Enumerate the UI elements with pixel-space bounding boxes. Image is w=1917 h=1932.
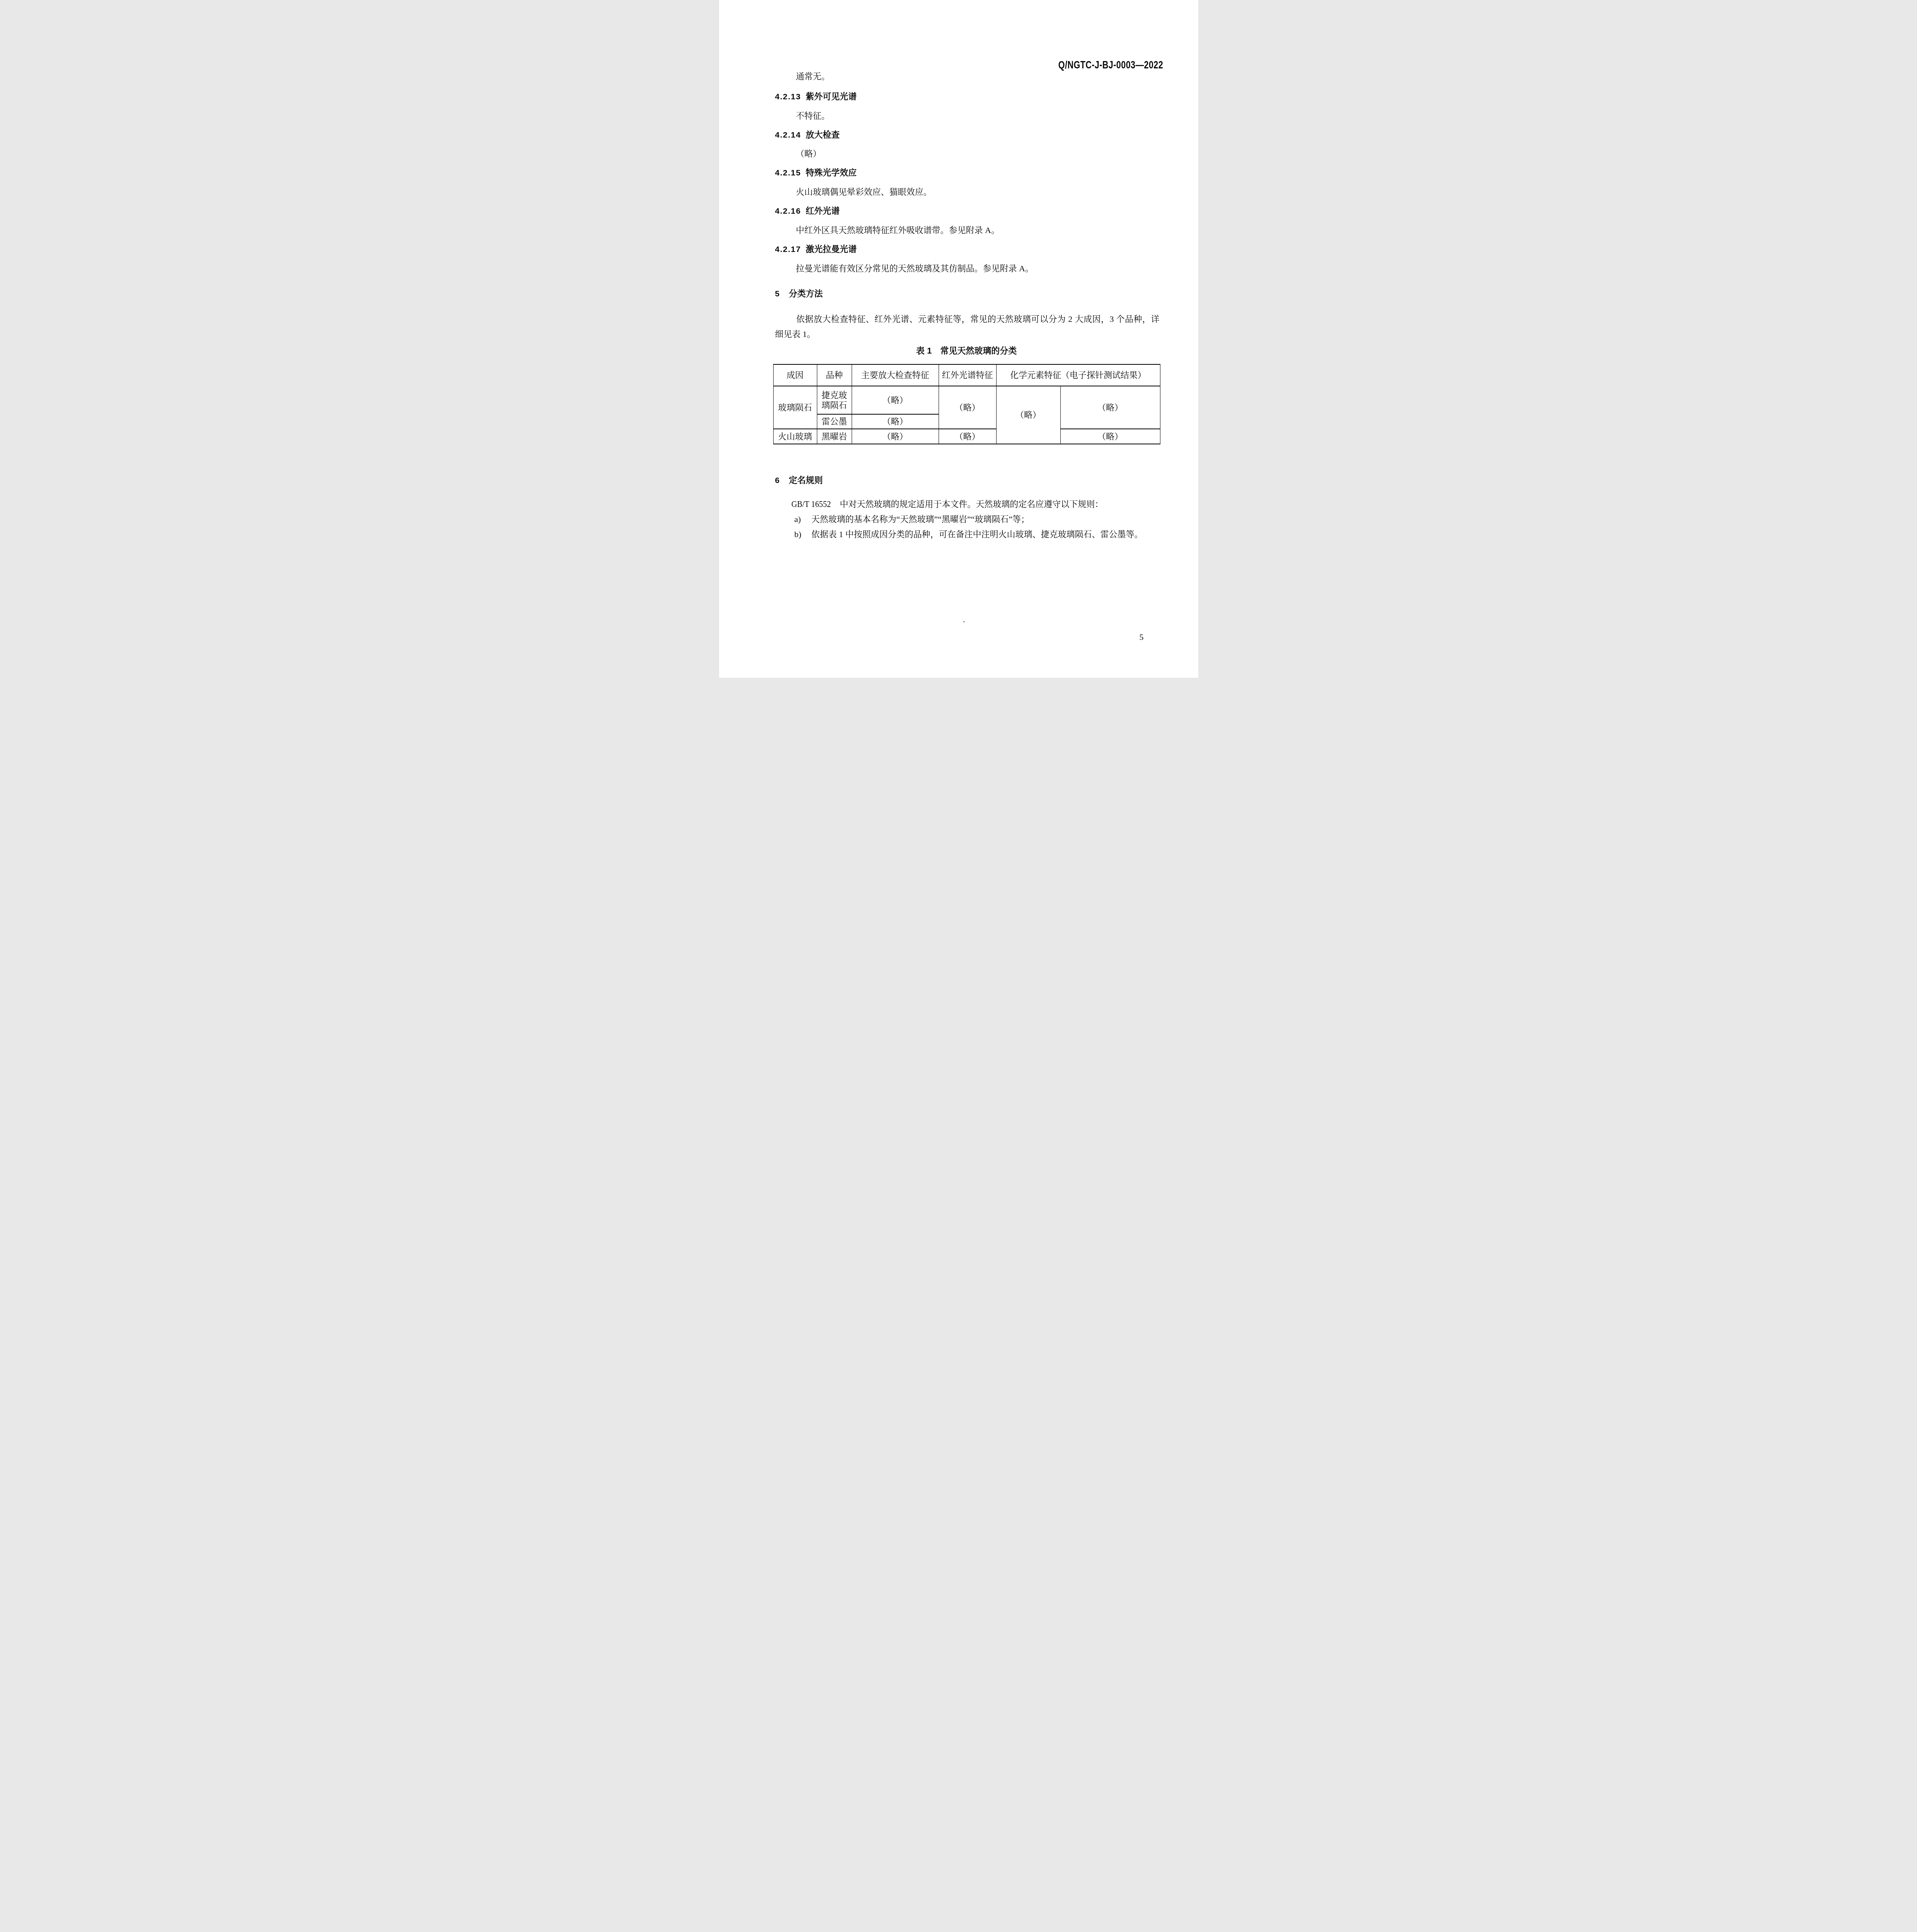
section-number: 5 — [775, 289, 780, 298]
section-number: 6 — [775, 476, 780, 485]
header-infrared: 红外光谱特征 — [939, 364, 996, 386]
section-number: 4.2.17 — [775, 245, 801, 254]
doc-number: Q/NGTC-J-BJ-0003—2022 — [1058, 60, 1163, 70]
section-heading-6: 6定名规则 — [775, 475, 823, 486]
cell-variety-obsidian: 黑曜岩 — [817, 429, 852, 444]
section-body-4-2-16: 中红外区具天然玻璃特征红外吸收谱带。参见附录 A。 — [796, 225, 1000, 235]
cell-variety-moldavite: 捷克玻 璃陨石 — [817, 386, 852, 414]
list-item-b: b)依据表 1 中按照成因分类的品种，可在备注中注明火山玻璃、捷克玻璃陨石、雷公… — [794, 529, 1143, 539]
header-genesis: 成因 — [773, 364, 817, 386]
classification-paragraph: 依据放大检查特征、红外光谱、元素特征等，常见的天然玻璃可以分为 2 大成因，3 … — [775, 311, 1160, 342]
section-heading-4-2-17: 4.2.17激光拉曼光谱 — [775, 244, 857, 255]
cell-genesis-volcanic: 火山玻璃 — [773, 429, 817, 444]
section-title: 特殊光学效应 — [806, 168, 857, 177]
section-number: 4.2.14 — [775, 131, 801, 139]
section-heading-4-2-13: 4.2.13紫外可见光谱 — [775, 92, 857, 102]
section-body-4-2-14: （略） — [796, 149, 822, 159]
section-number: 4.2.13 — [775, 92, 801, 101]
section-title: 分类方法 — [789, 289, 823, 298]
cell-chemical-left: （略） — [996, 386, 1060, 444]
cell-genesis-tektite: 玻璃陨石 — [773, 386, 817, 429]
section-heading-4-2-15: 4.2.15特殊光学效应 — [775, 168, 857, 178]
cell-obsidian-infrared: （略） — [939, 429, 996, 444]
table-row-obsidian: 火山玻璃 黑曜岩 （略） （略） （略） — [773, 429, 1160, 444]
section-heading-4-2-16: 4.2.16红外光谱 — [775, 206, 840, 216]
header-chemical: 化学元素特征（电子探针测试结果） — [996, 364, 1160, 386]
cell-chemical-right-obsidian: （略） — [1060, 429, 1160, 444]
section-heading-4-2-14: 4.2.14放大检查 — [775, 130, 840, 140]
section-body-4-2-15: 火山玻璃偶见晕彩效应、猫眼效应。 — [796, 187, 932, 197]
table-caption: 表 1 常见天然玻璃的分类 — [773, 346, 1160, 356]
naming-rules-intro: GB/T 16552 中对天然玻璃的规定适用于本文件。天然玻璃的定名应遵守以下规… — [791, 499, 1104, 509]
section-title: 红外光谱 — [806, 206, 840, 216]
classification-table: 成因 品种 主要放大检查特征 红外光谱特征 化学元素特征（电子探针测试结果） 玻… — [773, 364, 1160, 444]
standard-reference: GB/T 16552 — [791, 499, 831, 509]
section-title: 紫外可见光谱 — [806, 92, 857, 101]
cell-tektite-infrared: （略） — [939, 386, 996, 429]
cell-moldavite-magnification: （略） — [852, 386, 939, 414]
list-item-a: a)天然玻璃的基本名称为“天然玻璃”“黑曜岩”“玻璃陨石”等； — [794, 514, 1030, 524]
list-item-label: a) — [794, 514, 811, 524]
table-header-row: 成因 品种 主要放大检查特征 红外光谱特征 化学元素特征（电子探针测试结果） — [773, 364, 1160, 386]
previous-section-tail: 通常无。 — [796, 71, 830, 82]
cell-variety-leigongmo: 雷公墨 — [817, 414, 852, 429]
section-title: 定名规则 — [789, 475, 823, 485]
section-number: 4.2.15 — [775, 168, 801, 177]
section-heading-5: 5分类方法 — [775, 289, 823, 299]
section-body-4-2-13: 不特征。 — [796, 111, 830, 121]
section-body-4-2-17: 拉曼光谱能有效区分常见的天然玻璃及其仿制品。参见附录 A。 — [796, 264, 1034, 274]
section-number: 4.2.16 — [775, 207, 801, 216]
cell-chemical-right-tektite: （略） — [1060, 386, 1160, 429]
section-title: 激光拉曼光谱 — [806, 244, 857, 254]
cell-obsidian-magnification: （略） — [852, 429, 939, 444]
list-item-text: 天然玻璃的基本名称为“天然玻璃”“黑曜岩”“玻璃陨石”等； — [811, 514, 1030, 524]
document-page: Q/NGTC-J-BJ-0003—2022 通常无。 4.2.13紫外可见光谱 … — [719, 0, 1198, 678]
naming-rules-intro-text: 中对天然玻璃的规定适用于本文件。天然玻璃的定名应遵守以下规则： — [838, 499, 1104, 509]
header-variety: 品种 — [817, 364, 852, 386]
list-item-text: 依据表 1 中按照成因分类的品种，可在备注中注明火山玻璃、捷克玻璃陨石、雷公墨等… — [811, 529, 1143, 539]
table-row-moldavite: 玻璃陨石 捷克玻 璃陨石 （略） （略） （略） （略） — [773, 386, 1160, 414]
cell-leigongmo-magnification: （略） — [852, 414, 939, 429]
section-title: 放大检查 — [806, 130, 840, 139]
page-number: 5 — [1140, 632, 1144, 642]
header-magnification: 主要放大检查特征 — [852, 364, 939, 386]
scan-speck — [963, 621, 964, 622]
list-item-label: b) — [794, 529, 811, 539]
